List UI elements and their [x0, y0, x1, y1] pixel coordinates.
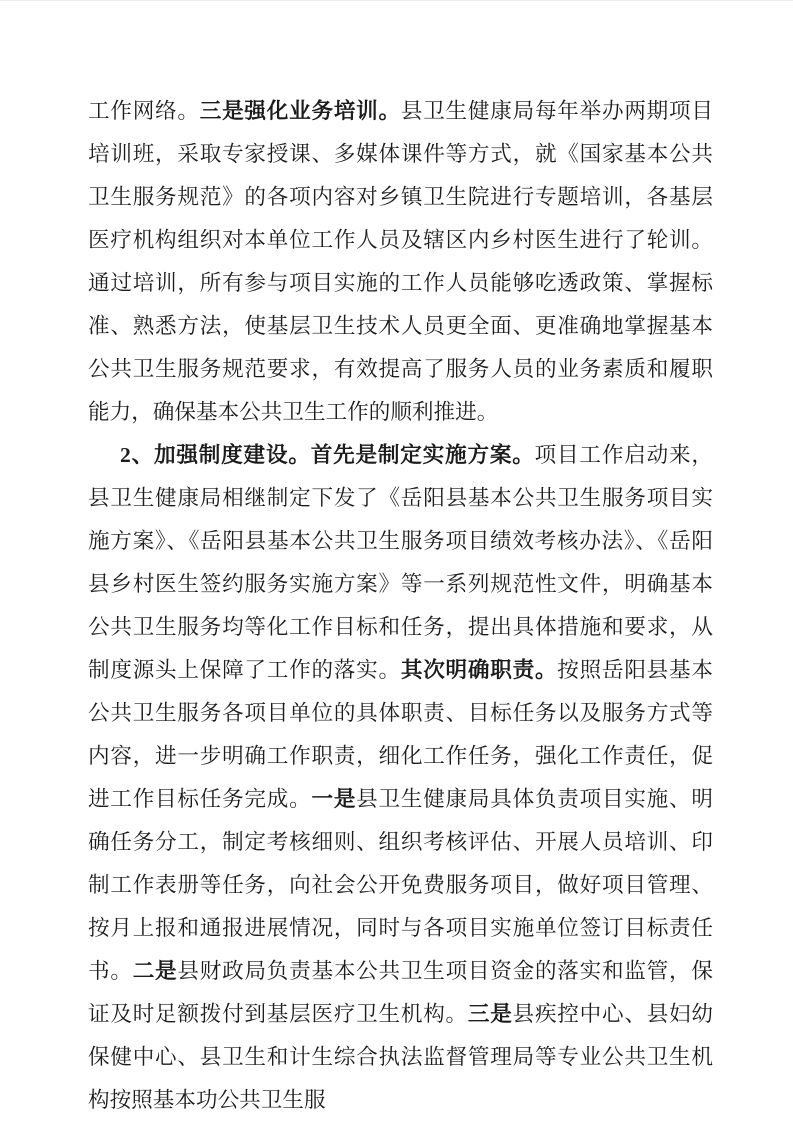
paragraph: 2、加强制度建设。首先是制定实施方案。项目工作启动来，县卫生健康局相继制定下发了…	[88, 434, 713, 1122]
text-run-bold: 一是	[311, 787, 356, 811]
document-body: 工作网络。三是强化业务培训。县卫生健康局每年举办两期项目培训班，采取专家授课、多…	[88, 90, 713, 1122]
text-run: 县卫生健康局具体负责项目实施、明确任务分工，制定考核细则、组织考核评估、开展人员…	[88, 787, 713, 983]
text-run-bold: 其次明确职责。	[401, 658, 557, 682]
text-run: 工作网络。	[88, 99, 200, 123]
text-run-bold: 2、加强制度建设。首先是制定实施方案。	[120, 443, 535, 467]
paragraph: 工作网络。三是强化业务培训。县卫生健康局每年举办两期项目培训班，采取专家授课、多…	[88, 90, 713, 434]
text-run-bold: 三是	[468, 1002, 513, 1026]
text-run-bold: 二是	[133, 959, 178, 983]
document-page: 工作网络。三是强化业务培训。县卫生健康局每年举办两期项目培训班，采取专家授课、多…	[0, 0, 793, 1122]
text-run: 县卫生健康局每年举办两期项目培训班，采取专家授课、多媒体课件等方式，就《国家基本…	[88, 99, 713, 424]
text-run: 项目工作启动来，县卫生健康局相继制定下发了《岳阳县基本公共卫生服务项目实施方案》…	[88, 443, 713, 682]
text-run-bold: 三是强化业务培训。	[200, 99, 401, 123]
